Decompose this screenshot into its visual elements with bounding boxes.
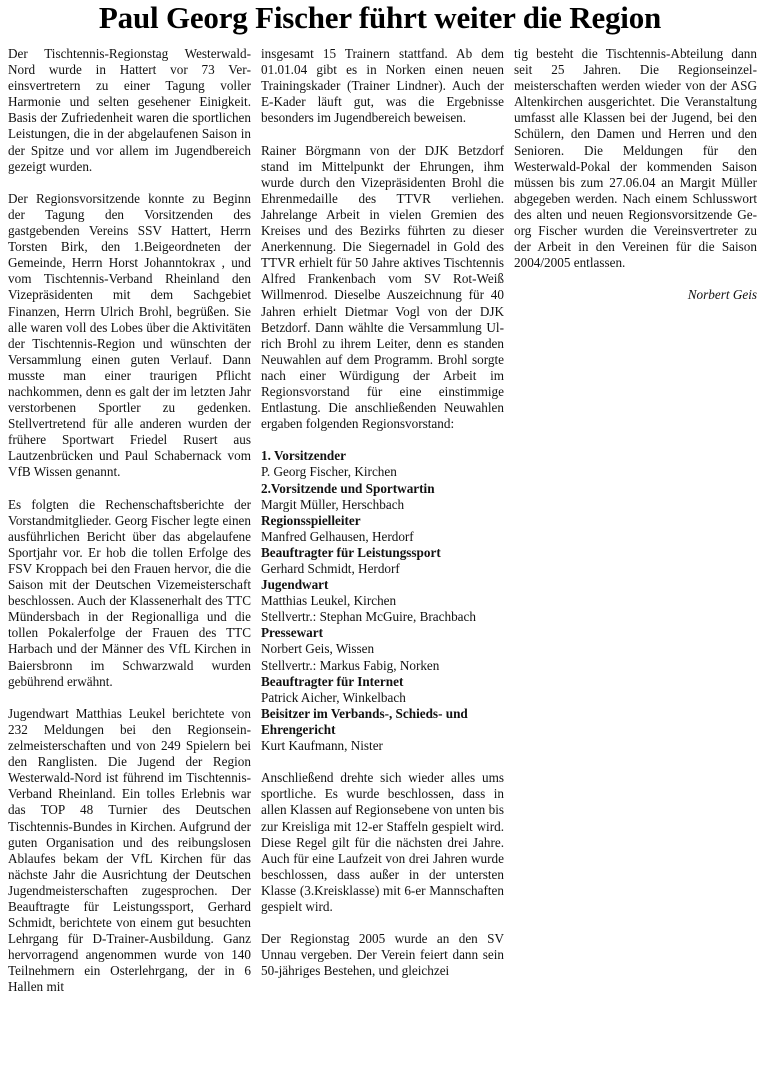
paragraph-next-regionstag: Der Regionstag 2005 wurde an den SV Unna… [261,931,504,979]
paragraph-closing: tig besteht die Tischtennis-Abteilung da… [514,46,757,271]
board-person: Margit Müller, Herschbach [261,497,504,513]
board-members-list: 1. Vorsitzender P. Georg Fischer, Kirche… [261,448,504,754]
board-person: Patrick Aicher, Winkelbach [261,690,504,706]
paragraph-training: insgesamt 15 Trainern stattfand. Ab dem … [261,46,504,126]
board-person: Kurt Kaufmann, Nister [261,738,504,754]
board-role: Jugendwart [261,577,504,593]
board-role: Pressewart [261,625,504,641]
article-column-1: Der Tischtennis-Regionstag Wester­wald-N… [8,46,251,996]
paragraph-welcome: Der Regionsvorsitzende konnte zu Be­ginn… [8,191,251,481]
paragraph-reports: Es folgten die Rechenschaftsberichte der… [8,497,251,690]
article-column-3: tig besteht die Tischtennis-Abteilung da… [514,46,757,303]
paragraph-league-rules: Anschließend drehte sich wieder alles um… [261,770,504,915]
author-signature: Norbert Geis [514,287,757,303]
board-role: Beisitzer im Verbands-, Schieds- und Ehr… [261,706,504,738]
board-person-deputy: Stellvertr.: Markus Fabig, Norken [261,658,504,674]
board-person: Gerhard Schmidt, Herdorf [261,561,504,577]
board-person-deputy: Stellvertr.: Stephan McGuire, Brachbach [261,609,504,625]
board-role: 2.Vorsitzende und Sportwartin [261,481,504,497]
paragraph-honors: Rainer Börgmann von der DJK Betzdorf sta… [261,143,504,433]
board-role: Beauftragter für Internet [261,674,504,690]
board-person: P. Georg Fischer, Kirchen [261,464,504,480]
board-role: 1. Vorsitzender [261,448,504,464]
article-title: Paul Georg Fischer führt weiter die Regi… [0,0,760,36]
paragraph-intro: Der Tischtennis-Regionstag Wester­wald-N… [8,46,251,175]
board-person: Manfred Gelhausen, Herdorf [261,529,504,545]
article-column-2: insgesamt 15 Trainern stattfand. Ab dem … [261,46,504,979]
board-person: Matthias Leukel, Kirchen [261,593,504,609]
board-role: Beauftragter für Leistungssport [261,545,504,561]
paragraph-youth-report: Jugendwart Matthias Leukel berichtete vo… [8,706,251,996]
board-person: Norbert Geis, Wissen [261,641,504,657]
board-role: Regionsspielleiter [261,513,504,529]
